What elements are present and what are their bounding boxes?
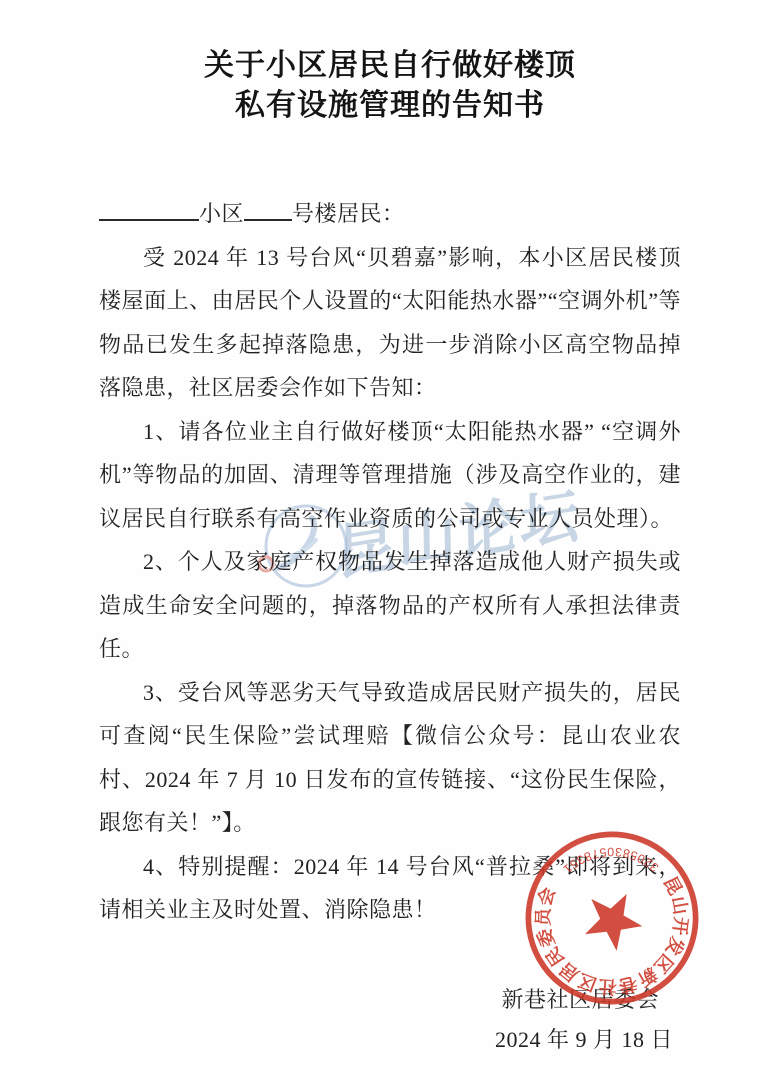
signature-block: 新巷社区居委会 2024 年 9 月 18 日: [99, 980, 681, 1060]
notice-document-page: 昆山论坛 关于小区居民自行做好楼顶 私有设施管理的告知书 小区号楼居民： 受 2…: [0, 0, 780, 1075]
notice-title-line2: 私有设施管理的告知书: [0, 86, 780, 126]
body-paragraph-intro: 受 2024 年 13 号台风“贝碧嘉”影响，本小区居民楼顶楼屋面上、由居民个人…: [99, 236, 681, 410]
body-paragraph-item3: 3、受台风等恶劣天气导致造成居民财产损失的，居民可查阅“民生保险”尝试理赔【微信…: [99, 671, 681, 845]
notice-body: 小区号楼居民： 受 2024 年 13 号台风“贝碧嘉”影响，本小区居民楼顶楼屋…: [99, 192, 681, 1060]
notice-title-line1: 关于小区居民自行做好楼顶: [0, 46, 780, 86]
body-paragraph-item4: 4、特别提醒：2024 年 14 号台风“普拉桑”即将到来，请相关业主及时处置、…: [99, 845, 681, 932]
body-paragraph-item1: 1、请各位业主自行做好楼顶“太阳能热水器” “空调外机”等物品的加固、清理等管理…: [99, 410, 681, 541]
signature-date: 2024 年 9 月 18 日: [99, 1020, 673, 1060]
salutation-text-community: 小区: [199, 201, 244, 226]
fill-in-blank-community: [99, 197, 199, 221]
fill-in-blank-building: [244, 197, 292, 221]
signature-name: 新巷社区居委会: [99, 980, 673, 1020]
body-paragraph-item2: 2、个人及家庭产权物品发生掉落造成他人财产损失或造成生命安全问题的，掉落物品的产…: [99, 540, 681, 671]
salutation-line: 小区号楼居民：: [99, 192, 681, 236]
notice-title: 关于小区居民自行做好楼顶 私有设施管理的告知书: [0, 0, 780, 126]
salutation-text-residents: 号楼居民：: [292, 201, 405, 226]
